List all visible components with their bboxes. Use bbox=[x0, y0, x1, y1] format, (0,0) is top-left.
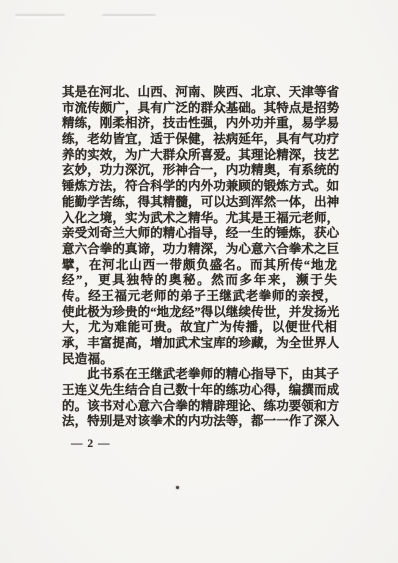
text-line: 擘，在河北山西一带颇负盛名。而其所传“地龙 bbox=[62, 258, 337, 274]
text-line: 入化之境，实为武术之精华。尤其是王福元老师， bbox=[62, 211, 337, 227]
scan-artifact-line-2 bbox=[102, 14, 156, 18]
text-line: 市流传颇广，具有广泛的群众基础。其特点是招势 bbox=[62, 101, 337, 117]
text-line: 意六合拳的真谛，功力精深，为心意六合拳术之巨 bbox=[62, 242, 337, 258]
text-line: 亲受刘奇兰大师的精心指导，经一生的锤炼，获心 bbox=[62, 226, 337, 242]
text-line: 锤炼方法，符合科学的内外功兼顾的锻炼方式。如 bbox=[62, 179, 337, 195]
text-line: 承，丰富提高，增加武术宝库的珍藏，为全世界人 bbox=[62, 336, 337, 352]
ink-speck bbox=[176, 486, 179, 489]
text-line: 练，老幼皆宜，适于保健，祛病延年，具有气功疗 bbox=[62, 132, 337, 148]
text-line: 使此极为珍贵的“地龙经”得以继续传世，并发扬光 bbox=[62, 305, 337, 321]
text-line: 王连义先生结合自己数十年的练功心得，编撰而成 bbox=[62, 383, 337, 399]
text-line: 的。该书对心意六合拳的精辟理论、练功要领和方 bbox=[62, 399, 337, 415]
text-line: 经”，更具独特的奥秘。然而多年来，濒于失 bbox=[62, 273, 337, 289]
body-text: 其是在河北、山西、河南、陕西、北京、天津等省市流传颇广，具有广泛的群众基础。其特… bbox=[62, 85, 337, 430]
text-line: 此书系在王继武老拳师的精心指导下，由其子 bbox=[62, 367, 337, 383]
text-line: 精练，刚柔相济，技击性强，内外功并重，易学易 bbox=[62, 116, 337, 132]
text-line: 其是在河北、山西、河南、陕西、北京、天津等省 bbox=[62, 85, 337, 101]
text-line: 大，尤为难能可贵。故宜广为传播，以便世代相 bbox=[62, 320, 337, 336]
scanned-book-page: 其是在河北、山西、河南、陕西、北京、天津等省市流传颇广，具有广泛的群众基础。其特… bbox=[0, 0, 398, 563]
text-line: 民造福。 bbox=[62, 352, 337, 368]
text-line: 能勤学苦练，得其精髓，可以达到浑然一体，出神 bbox=[62, 195, 337, 211]
text-line: 传。经王福元老师的弟子王继武老拳师的亲授， bbox=[62, 289, 337, 305]
scan-artifact-line-1 bbox=[15, 14, 65, 18]
text-line: 玄妙，功力深沉，形神合一，内功精奥，有系统的 bbox=[62, 163, 337, 179]
text-line: 法，特别是对该拳术的内功法等，都一一作了深入 bbox=[62, 414, 337, 430]
text-line: 养的实效，为广大群众所喜爱。其理论精深，技艺 bbox=[62, 148, 337, 164]
page-number: — 2 — bbox=[71, 438, 111, 450]
